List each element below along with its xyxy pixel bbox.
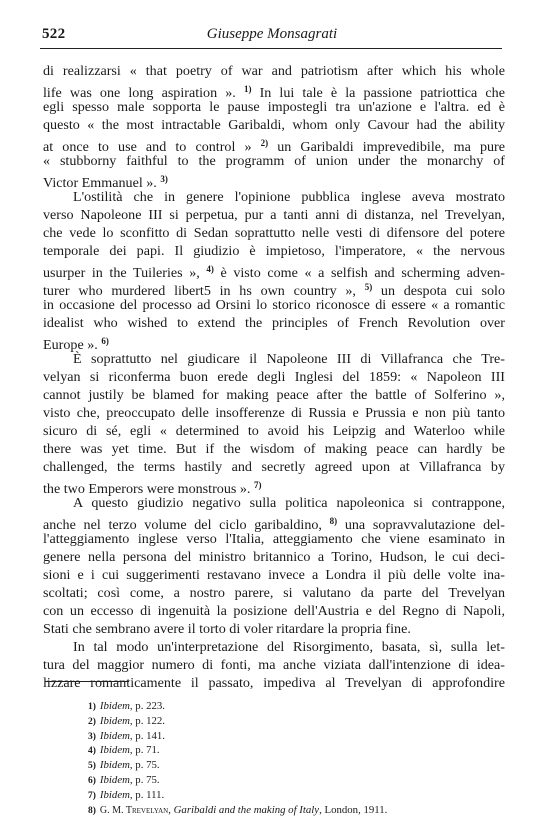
text-line: genere nella persona del ministro britan… <box>43 548 505 566</box>
text-line: Victor Emmanuel ». 3) <box>43 170 505 188</box>
footnote-ref[interactable]: 3) <box>160 174 168 184</box>
footnote-8: 8)G. M. Trevelyan, Garibaldi and the mak… <box>88 804 387 819</box>
text-line: sicuro di sé, egli « determined to avoid… <box>43 422 505 440</box>
paragraph-start-line: In tal modo un'interpretazione del Risor… <box>43 638 505 656</box>
paragraph-start-line: È soprattutto nel giudicare il Napoleone… <box>43 350 505 368</box>
text-line: usurper in the Tuileries », 4) è visto c… <box>43 260 505 278</box>
text-line: Europe ». 6) <box>43 332 505 350</box>
text-line: che vede lo sconfitto di Sedan soprattut… <box>43 224 505 242</box>
text-line: life was one long aspiration ». 1) In lu… <box>43 80 505 98</box>
text-line: scoltati; così come, a nostro parere, si… <box>43 584 505 602</box>
text-line: l'atteggiamento inglese verso l'Italia, … <box>43 530 505 548</box>
text-line: di realizzarsi « that poetry of war and … <box>43 62 505 80</box>
text-line: visto che, preoccupato delle insofferenz… <box>43 404 505 422</box>
header-rule <box>40 48 502 49</box>
text-line: Stati che sembrano avere il torto di vol… <box>43 620 505 638</box>
footnote-3: 3)Ibidem, p. 141. <box>88 730 387 745</box>
text-line: con un eccesso di ingenuità la posizione… <box>43 602 505 620</box>
text-line: temporale dei papi. Il giudizio è impiet… <box>43 242 505 260</box>
body-text: di realizzarsi « that poetry of war and … <box>43 62 505 692</box>
footnote-5: 5)Ibidem, p. 75. <box>88 759 387 774</box>
running-head: 522 Giuseppe Monsagrati <box>42 24 502 46</box>
text-line: the two Emperors were monstrous ». 7) <box>43 476 505 494</box>
paragraph-start-line: L'ostilità che in genere l'opinione pubb… <box>43 188 505 206</box>
text-line: at once to use and to control » 2) un Ga… <box>43 134 505 152</box>
footnote-7: 7)Ibidem, p. 111. <box>88 789 387 804</box>
text-line: tura del maggior numero di fonti, ma anc… <box>43 656 505 674</box>
text-line: there was yet time. But if the wisdom of… <box>43 440 505 458</box>
paragraph-start-line: A questo giudizio negativo sulla politic… <box>43 494 505 512</box>
text-line: « stubborny faithful to the programm of … <box>43 152 505 170</box>
footnote-ref[interactable]: 2) <box>261 138 269 148</box>
text-line: questo « the most intractable Garibaldi,… <box>43 116 505 134</box>
text-line: challenged, the terms hastily and secret… <box>43 458 505 476</box>
footnote-rule <box>45 681 129 682</box>
text-line: lizzare romanticamente il passato, imped… <box>43 674 505 692</box>
text-line: in occasione del processo ad Orsini lo s… <box>43 296 505 314</box>
running-title: Giuseppe Monsagrati <box>42 26 502 43</box>
text-line: idealist who wished to extend the princi… <box>43 314 505 332</box>
footnote-6: 6)Ibidem, p. 75. <box>88 774 387 789</box>
footnote-2: 2)Ibidem, p. 122. <box>88 715 387 730</box>
text-line: sioni e i cui suggerimenti restavano inv… <box>43 566 505 584</box>
footnote-4: 4)Ibidem, p. 71. <box>88 744 387 759</box>
footnote-1: 1)Ibidem, p. 223. <box>88 700 387 715</box>
text-line: cannot justily be blamed for making peac… <box>43 386 505 404</box>
text-line: velyan si riconferma buon erede degli In… <box>43 368 505 386</box>
text-line: turer who murdered libert5 in hs own cou… <box>43 278 505 296</box>
footnote-ref[interactable]: 4) <box>206 264 214 274</box>
footnote-ref[interactable]: 6) <box>101 336 109 346</box>
text-line: verso Napoleone III si perpetua, pur a t… <box>43 206 505 224</box>
footnotes: 1)Ibidem, p. 223. 2)Ibidem, p. 122. 3)Ib… <box>88 700 387 818</box>
footnote-ref[interactable]: 7) <box>254 480 262 490</box>
text-line: anche nel terzo volume del ciclo garibal… <box>43 512 505 530</box>
document-page: 522 Giuseppe Monsagrati di realizzarsi «… <box>0 0 550 825</box>
text-line: egli spesso male sopporta le pause impos… <box>43 98 505 116</box>
